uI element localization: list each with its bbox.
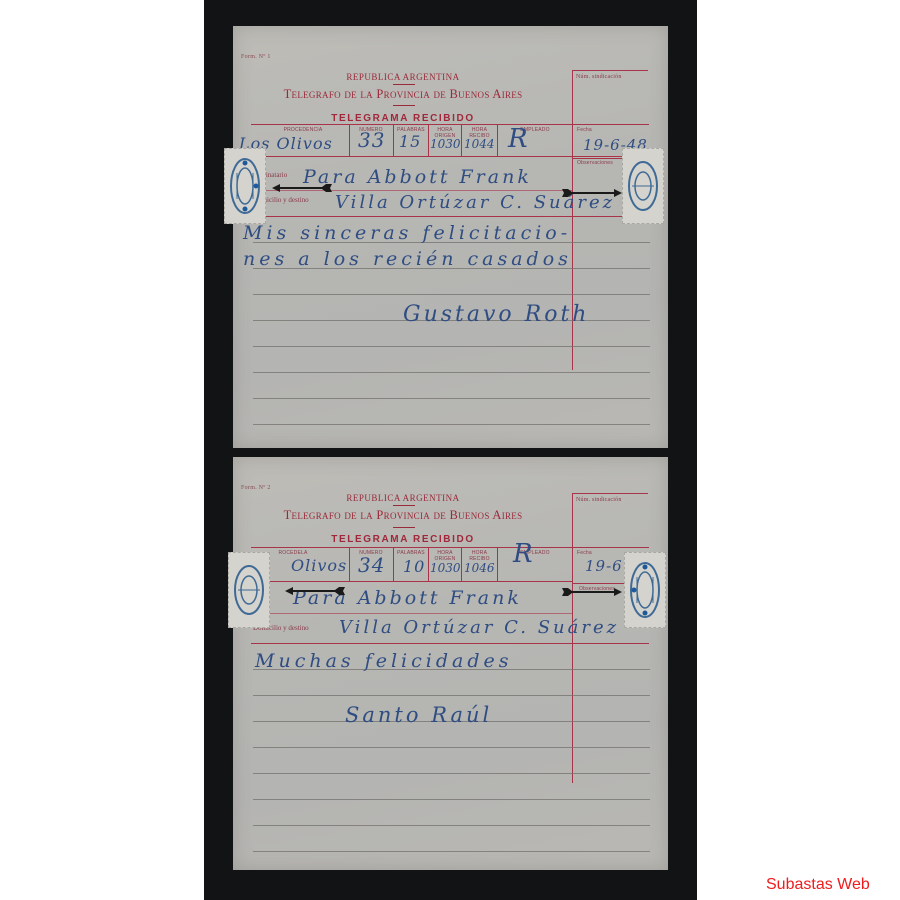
divider bbox=[393, 505, 415, 506]
handwritten-hora-origen: 1030 bbox=[430, 137, 461, 151]
form-rule bbox=[251, 124, 649, 125]
arrow-left-icon bbox=[285, 587, 345, 595]
field-label-fecha: Fecha bbox=[577, 127, 592, 133]
agency-heading: Telegrafo de la Provincia de Buenos Aire… bbox=[233, 508, 573, 523]
revenue-stamp-icon bbox=[622, 148, 664, 224]
form-number: Form. Nº 1 bbox=[241, 54, 271, 60]
field-label-num-sindicacion: Núm. sindicación bbox=[576, 74, 622, 80]
form-rule bbox=[572, 493, 573, 783]
field-label-observaciones: Observaciones bbox=[577, 160, 613, 166]
ruled-line bbox=[253, 825, 650, 826]
form-rule bbox=[461, 124, 462, 156]
ruled-line bbox=[253, 851, 650, 852]
handwritten-domicilio: Villa Ortúzar C. Suárez bbox=[339, 617, 619, 638]
telegram-type-heading: TELEGRAMA RECIBIDO bbox=[233, 113, 573, 124]
ruled-line bbox=[253, 799, 650, 800]
ruled-line bbox=[253, 773, 650, 774]
form-rule bbox=[251, 613, 572, 614]
ruled-line bbox=[253, 346, 650, 347]
form-rule bbox=[428, 547, 429, 581]
message-line: Muchas felicidades bbox=[255, 650, 512, 672]
handwritten-palabras: 10 bbox=[403, 557, 425, 576]
ruled-line bbox=[253, 424, 650, 425]
field-label-palabras: PALABRAS bbox=[394, 550, 428, 556]
message-line: nes a los recién casados bbox=[243, 248, 572, 270]
form-rule bbox=[349, 547, 350, 581]
handwritten-destinatario: Para Abbott Frank bbox=[303, 166, 532, 188]
arrow-right-icon bbox=[562, 588, 622, 596]
handwritten-palabras: 15 bbox=[399, 132, 421, 151]
divider bbox=[393, 105, 415, 106]
form-rule bbox=[497, 124, 498, 156]
form-rule bbox=[251, 547, 649, 548]
handwritten-empleado-initial: R bbox=[513, 539, 534, 569]
field-label-procedencia: PROCEDENCIA bbox=[263, 127, 343, 133]
message-line: Mis sinceras felicitacio- bbox=[243, 222, 571, 244]
handwritten-hora-recibo: 1046 bbox=[464, 561, 495, 575]
country-heading: REPUBLICA ARGENTINA bbox=[233, 72, 573, 82]
divider bbox=[393, 527, 415, 528]
arrow-left-icon bbox=[272, 184, 332, 192]
form-rule bbox=[461, 547, 462, 581]
handwritten-hora-origen: 1030 bbox=[430, 561, 461, 575]
form-rule bbox=[497, 547, 498, 581]
form-rule bbox=[251, 156, 649, 157]
agency-heading: Telegrafo de la Provincia de Buenos Aire… bbox=[233, 87, 573, 102]
telegram-sheet-1: Form. Nº 1 REPUBLICA ARGENTINA Telegrafo… bbox=[233, 26, 668, 448]
watermark-text: Subastas Web bbox=[766, 876, 870, 894]
ruled-line bbox=[253, 372, 650, 373]
handwritten-numero: 34 bbox=[358, 553, 385, 577]
arrow-right-icon bbox=[562, 189, 622, 197]
form-rule bbox=[349, 124, 350, 156]
handwritten-procedencia: Olivos bbox=[291, 556, 347, 575]
country-heading: REPUBLICA ARGENTINA bbox=[233, 493, 573, 503]
handwritten-fecha: 19-6 bbox=[585, 557, 623, 575]
divider bbox=[393, 84, 415, 85]
form-rule bbox=[251, 643, 649, 644]
revenue-stamp-icon bbox=[228, 552, 270, 628]
form-rule bbox=[428, 124, 429, 156]
field-label-num-sindicacion: Núm. sindicación bbox=[576, 497, 622, 503]
field-label-empleado: EMPLEADO bbox=[499, 550, 571, 556]
handwritten-hora-recibo: 1044 bbox=[464, 137, 495, 151]
form-number: Form. Nº 2 bbox=[241, 485, 271, 491]
form-rule bbox=[572, 70, 648, 71]
ruled-line bbox=[253, 747, 650, 748]
form-rule bbox=[251, 216, 649, 217]
form-rule bbox=[572, 493, 648, 494]
handwritten-empleado-initial: R bbox=[508, 124, 529, 154]
revenue-stamp-icon bbox=[624, 552, 666, 628]
handwritten-numero: 33 bbox=[358, 128, 385, 152]
ruled-line bbox=[253, 398, 650, 399]
signature: Gustavo Roth bbox=[403, 302, 589, 327]
ruled-line bbox=[253, 695, 650, 696]
telegram-sheet-2: Form. Nº 2 REPUBLICA ARGENTINA Telegrafo… bbox=[233, 457, 668, 870]
revenue-stamp-icon bbox=[224, 148, 266, 224]
ruled-line bbox=[253, 294, 650, 295]
signature: Santo Raúl bbox=[345, 703, 492, 727]
field-label-fecha: Fecha bbox=[577, 550, 592, 556]
form-rule bbox=[251, 581, 572, 582]
